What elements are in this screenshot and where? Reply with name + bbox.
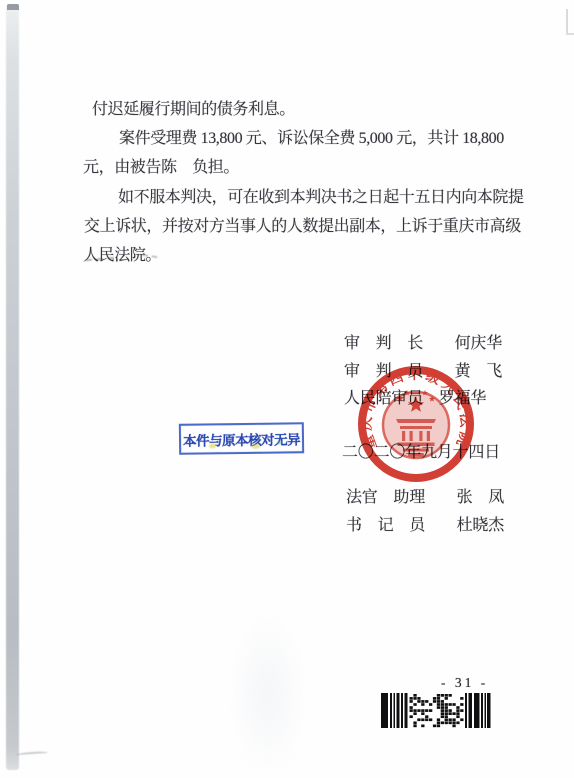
scan-binding-shadow-cap (7, 4, 19, 10)
body-text-line: 付迟延履行期间的债务利息。 (92, 96, 295, 119)
scan-binding-shadow (6, 4, 19, 770)
verification-stamp: 本件与原本核对无异 (179, 422, 304, 455)
body-text-line: 如不服本判决，可在收到本判决书之日起十五日内向本院提 (118, 184, 524, 207)
scan-scratch-mark (16, 751, 48, 757)
court-seal: 重庆市第四中级人民法院 (341, 349, 491, 499)
ink-speck (277, 441, 282, 445)
body-text-line: 案件受理费 13,800 元、诉讼保全费 5,000 元，共计 18,800 (119, 125, 504, 148)
national-emblem (383, 390, 449, 458)
scanned-judgment-page: 付迟延履行期间的债务利息。 案件受理费 13,800 元、诉讼保全费 5,000… (0, 0, 574, 778)
body-text-line: 人民法院。 (83, 242, 161, 265)
barcode (381, 693, 491, 728)
verification-stamp-text: 本件与原本核对无异 (183, 428, 300, 449)
ink-speck (209, 443, 216, 448)
body-text-line: 交上诉状，并按对方当事人的人数提出副本，上诉于重庆市高级 (84, 213, 521, 236)
scan-ghost-band (228, 610, 308, 778)
page-number: - 31 - (441, 675, 488, 691)
scan-corner-line-vertical (566, 9, 568, 34)
scan-corner-line-horizontal (566, 33, 574, 35)
court-clerk-line: 书 记 员 杜晓杰 (346, 512, 504, 535)
body-text-line: 元，由被告陈 负担。 (83, 154, 239, 177)
